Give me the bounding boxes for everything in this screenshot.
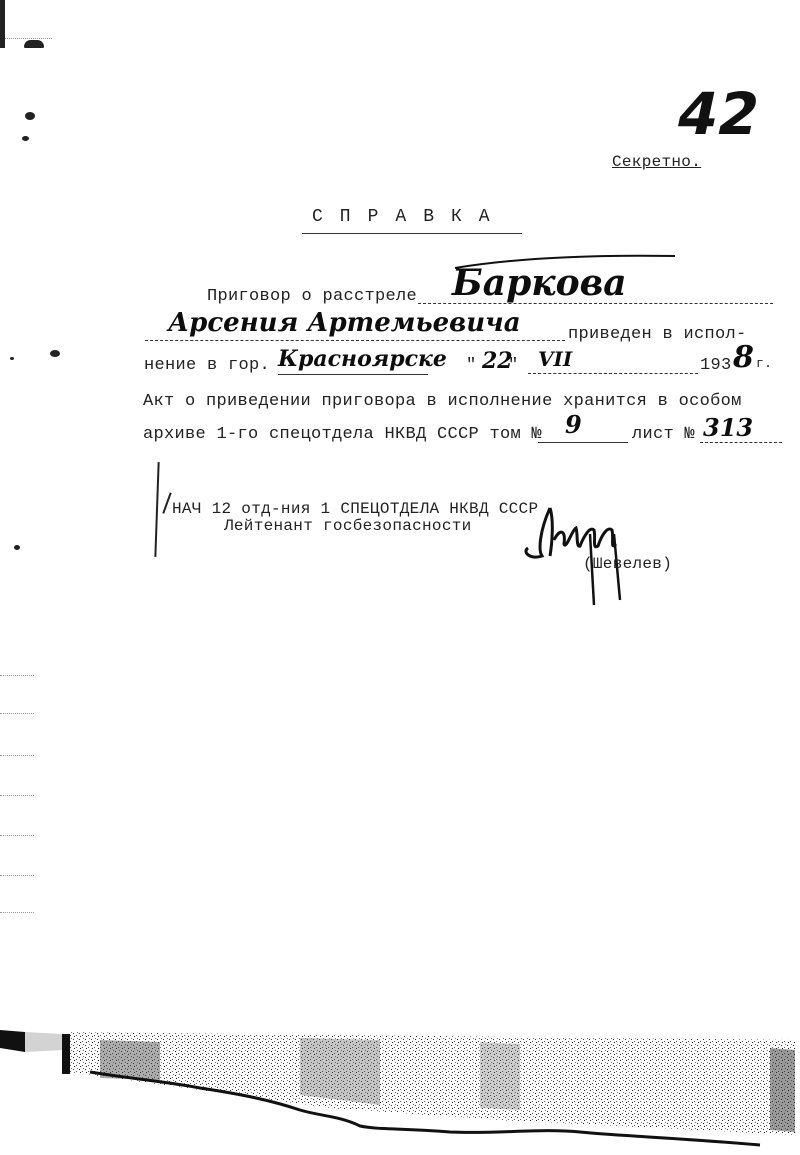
name-field-line (145, 340, 565, 341)
archive-reference-text: архиве 1-го спецотдела НКВД СССР том № (143, 425, 542, 444)
year-suffix: г. (756, 356, 772, 371)
margin-speck (22, 136, 29, 141)
volume-handwritten: 9 (565, 410, 582, 439)
day-close-quote: " (508, 356, 519, 375)
signatory-name: (Шевелев) (583, 555, 672, 573)
margin-bracket-tick (162, 492, 171, 513)
folio-number: 42 (671, 80, 766, 148)
margin-speck (10, 357, 14, 360)
margin-mark (24, 40, 44, 48)
day-open-quote: " (466, 356, 477, 375)
year-prefix: 193 (700, 356, 732, 375)
archival-document-page: 42 Секретно. СПРАВКА Приговор о расстрел… (0, 0, 800, 1155)
margin-bracket-line (154, 462, 159, 557)
margin-dots (0, 835, 34, 836)
city-handwritten: Красноярске (278, 346, 447, 372)
city-field-line (278, 374, 428, 375)
signatory-position: НАЧ 12 отд-ния 1 СПЕЦОТДЕЛА НКВД СССР (172, 500, 538, 518)
margin-dots (0, 38, 52, 39)
margin-dots (0, 875, 34, 876)
sentence-label: Приговор о расстреле (207, 287, 417, 306)
scan-edge-shadow (0, 1020, 800, 1155)
volume-field-line (538, 442, 628, 443)
margin-dots (0, 713, 34, 714)
document-title: СПРАВКА (312, 207, 507, 227)
classification-stamp: Секретно. (612, 153, 701, 171)
year-handwritten: 8 (733, 340, 754, 375)
month-field-line (528, 373, 698, 374)
title-underline (302, 233, 522, 234)
margin-dots (0, 912, 34, 913)
surname-flourish (450, 252, 680, 272)
sheet-label: лист № (632, 425, 695, 444)
margin-edge (0, 0, 5, 48)
margin-dots (0, 675, 34, 676)
sheet-handwritten: 313 (703, 413, 753, 442)
margin-speck (25, 112, 35, 120)
signatory-rank: Лейтенант госбезопасности (224, 517, 472, 535)
month-handwritten: VII (538, 347, 572, 371)
sheet-field-line (700, 442, 782, 443)
execution-place-label: нение в гор. (144, 356, 270, 375)
margin-speck (50, 350, 60, 357)
margin-dots (0, 795, 34, 796)
first-patronymic-handwritten: Арсения Артемьевича (168, 308, 521, 338)
margin-speck (14, 545, 20, 550)
margin-dots (0, 755, 34, 756)
executed-text: приведен в испол- (568, 325, 747, 344)
act-storage-text: Акт о приведении приговора в исполнение … (143, 392, 742, 411)
